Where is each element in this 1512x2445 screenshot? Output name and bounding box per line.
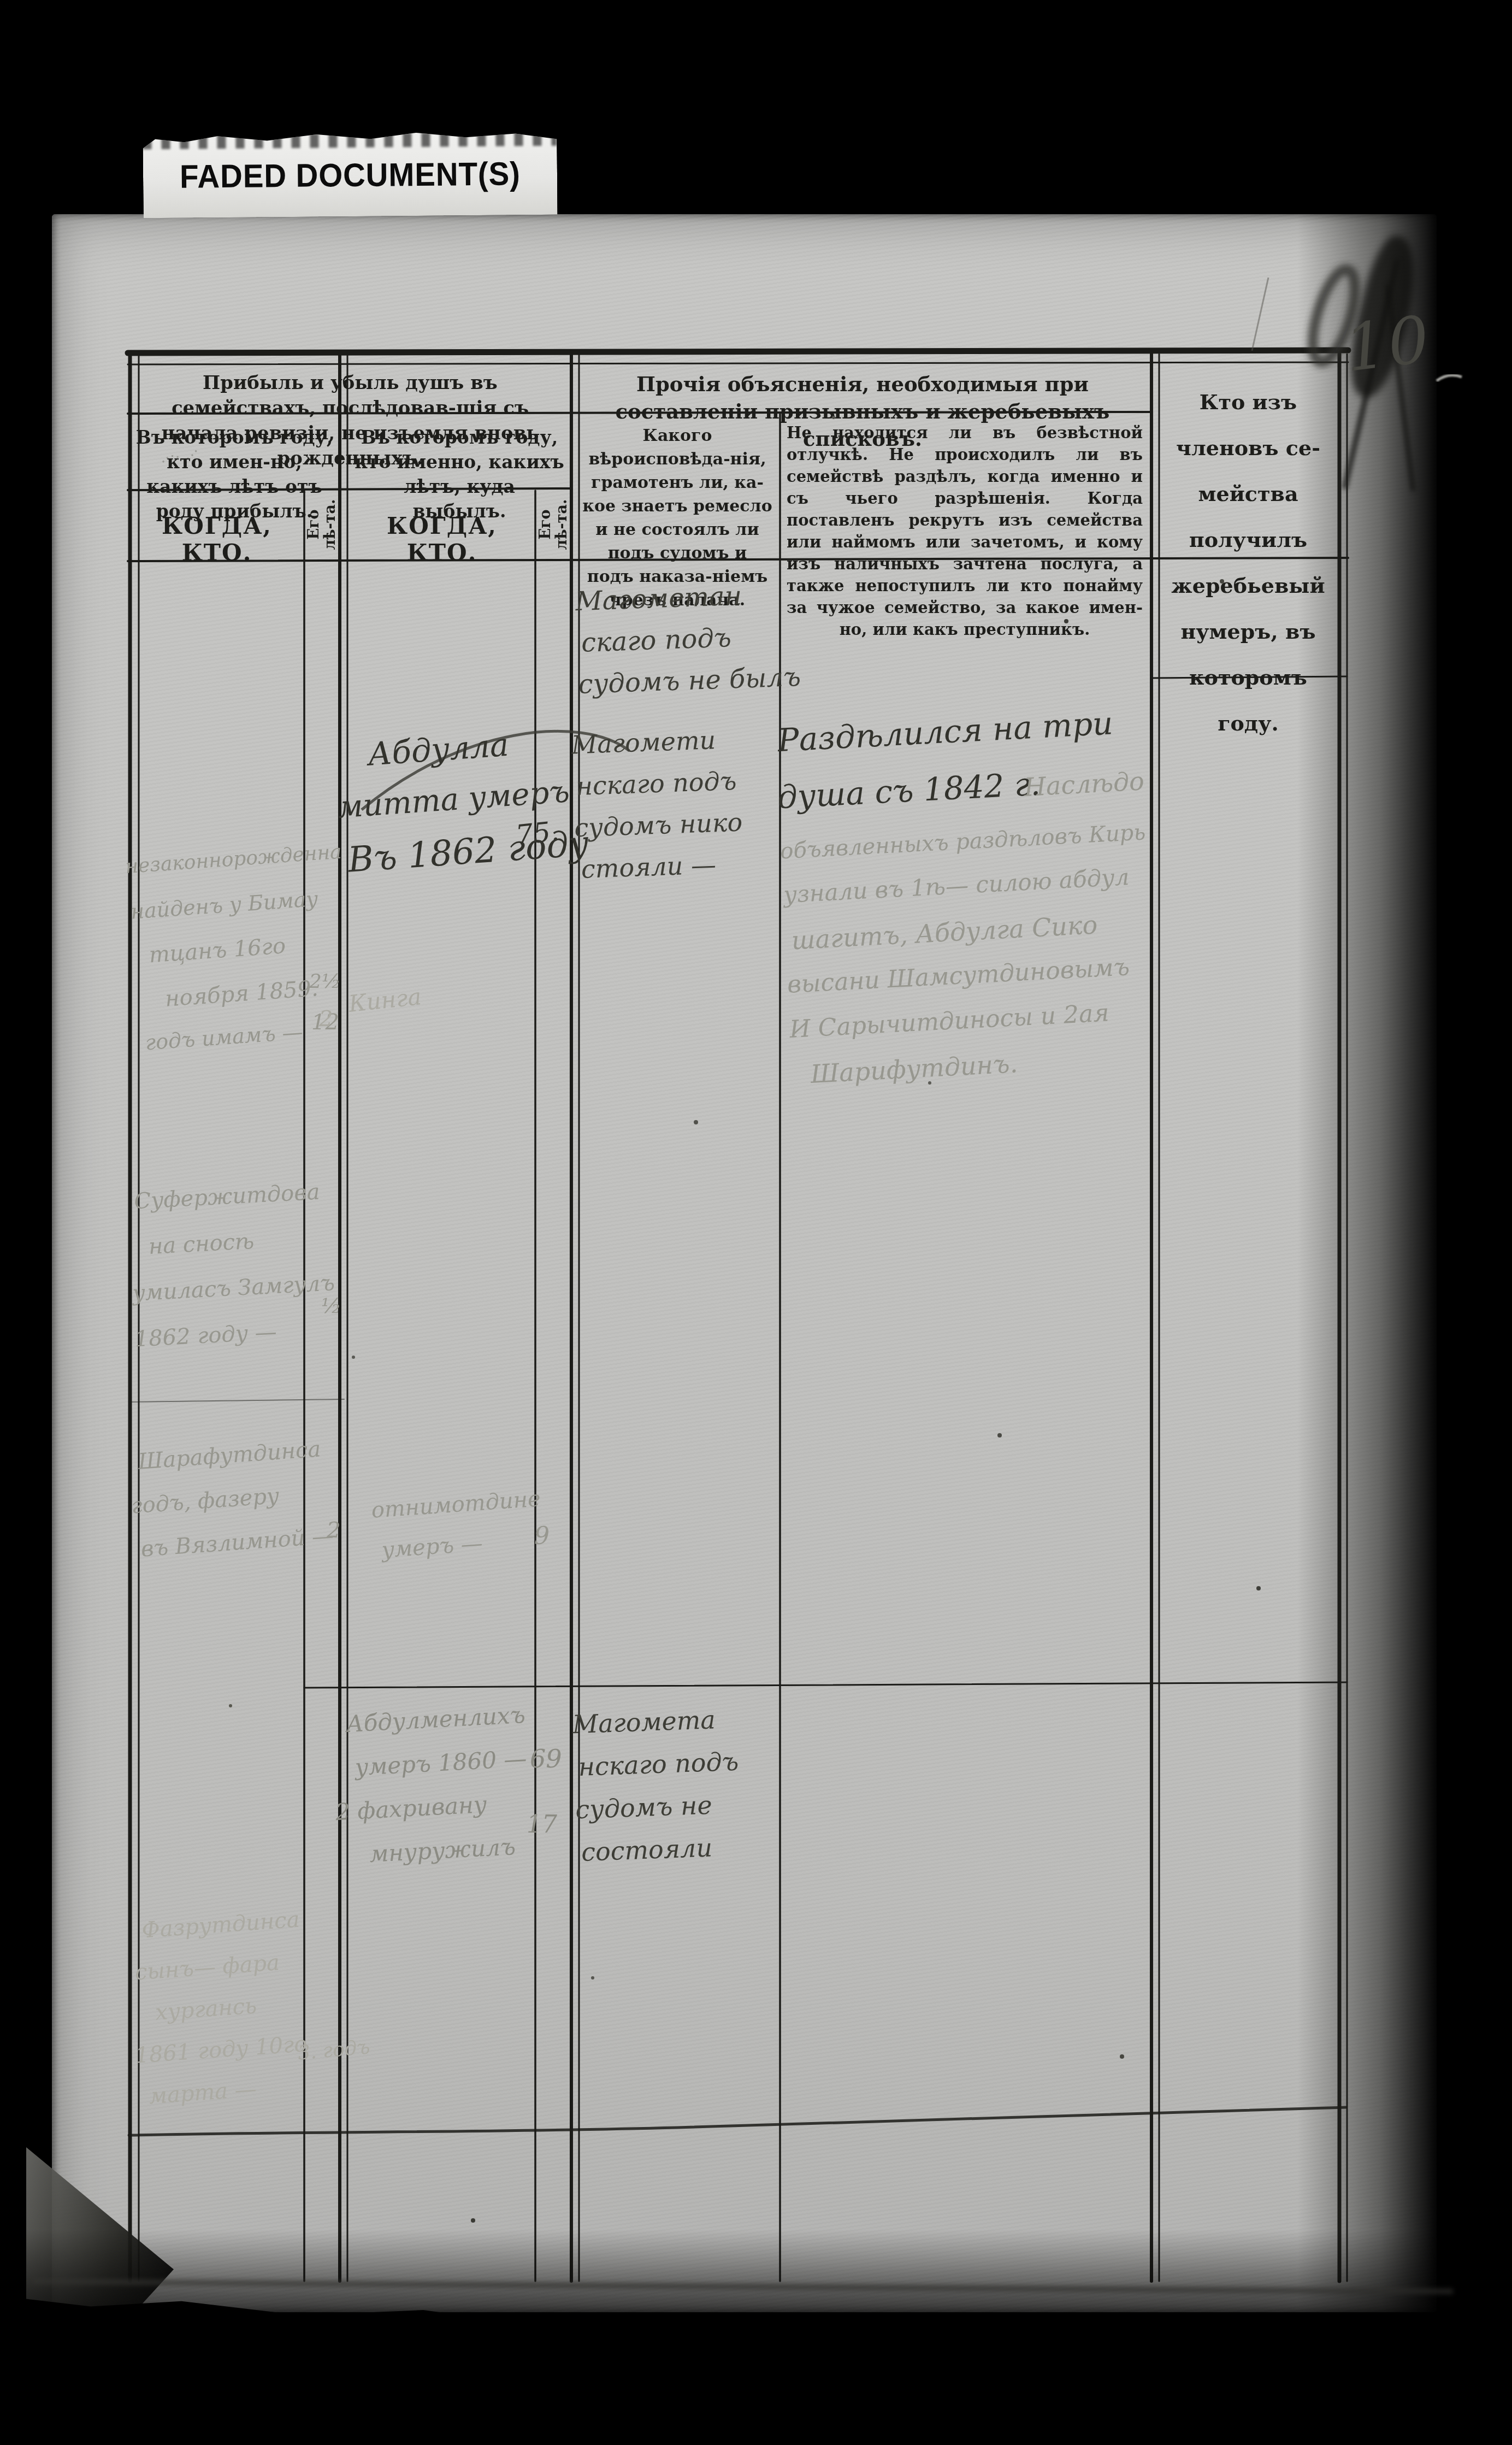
hw-line: объявленныхъ раздѣловъ Кирь [779, 820, 1146, 864]
hw-line: шагитъ, Абдулга Сико [791, 910, 1098, 955]
faded-document-slip: FADED DOCUMENT(S) [143, 132, 557, 219]
scratch-mark [1252, 278, 1268, 351]
hw-line: Магометан [575, 573, 799, 622]
age-value: 75. [514, 815, 560, 851]
hw-line: душа съ 1842 г. [776, 765, 1041, 816]
dirt-specks [0, 0, 2, 2]
age-value: 2½ [309, 970, 341, 993]
age-value: ½ [321, 1294, 341, 1318]
hw-line: Магомета [572, 1698, 738, 1746]
hw-note: Наслѣдо [1023, 766, 1145, 802]
entry-explanation-1: Раздѣлился на три душа съ 1842 г. Наслѣд… [773, 699, 1154, 1111]
entry-religion-2: Магомети нскаго подъ судомъ нико стояли … [571, 718, 745, 891]
hw-line: мнуружилъ [368, 1824, 533, 1876]
age-value: 17 [527, 1811, 557, 1839]
hw-line: нскаго подъ [575, 760, 741, 807]
highlight-scratch [1437, 375, 1462, 381]
entry-religion-3: Магомета нскаго подъ судомъ не состояли [572, 1698, 742, 1873]
entry-departed-1: Абдулла митта умеръ Въ 1862 году [333, 714, 591, 888]
hw-line: судомъ нико [574, 802, 743, 849]
hw-line: судомъ не былъ [577, 656, 801, 705]
hw-line: скаго подъ [581, 615, 800, 664]
colheader-when-who-departed: КОГДА, КТО. [350, 512, 534, 566]
page-number: 10 [1340, 301, 1436, 386]
scanned-page: FADED DOCUMENT(S) 10 Прибыль и убыль душ… [0, 0, 1512, 2445]
header-lottery: Кто изъ членовъ се-мейства получилъ жере… [1161, 379, 1335, 746]
colheader-when-who-arrived: КОГДА, КТО. [130, 512, 304, 566]
subheader-absence: Не находится ли въ безвѣстной отлучкѣ. Н… [787, 422, 1143, 640]
entry-religion-1: Магометан скаго подъ судомъ не былъ [575, 573, 801, 705]
hw-line: Магомети [571, 718, 740, 766]
age-value: 2 [319, 1006, 333, 1032]
hw-line: И Сарычитдиносы и 2ая [789, 999, 1109, 1044]
hw-line: стояли — [581, 843, 745, 890]
entry-arrived-3: Шарафутдинса годъ, фазеру въ Вязлимной — [127, 1427, 335, 1572]
subheader-departed: Въ которомъ году, кто именно, какихъ лѣт… [354, 425, 565, 523]
hw-line: состояли [581, 1825, 742, 1873]
colheader-age-arrived: Его лѣ-та. [306, 494, 339, 555]
entry-arrived-2: Суфержитдова на сносѣ умиласъ Замгулъ 18… [126, 1169, 338, 1363]
age-value: 9 [534, 1522, 550, 1550]
hw-line: узнали въ 1ѣ— силою абдул [783, 863, 1130, 908]
age-value: 2 [327, 1518, 340, 1543]
hw-line: нскаго подъ [577, 1740, 739, 1788]
subheader-arrived: Въ которомъ году, кто имен-но, какихъ лѣ… [135, 425, 333, 523]
entry-departed-3: отнимотдине умеръ — [353, 1478, 545, 1572]
hw-line: высани Шамсутдиновымъ [787, 953, 1130, 999]
age-value: 69 [530, 1744, 562, 1774]
hw-line: судомъ не [575, 1783, 741, 1831]
entry-arrived-4: Фазрутдинса сынъ— фара хургансь 1861 год… [125, 1899, 312, 2118]
entry-departed-4: Абдулменлихъ умеръ 1860 — 2 фахривану мн… [330, 1693, 533, 1878]
colheader-age-departed: Его лѣ-та. [538, 494, 570, 555]
hw-line: Шарифутдинъ. [810, 1048, 1018, 1089]
slip-label: FADED DOCUMENT(S) [155, 132, 545, 218]
